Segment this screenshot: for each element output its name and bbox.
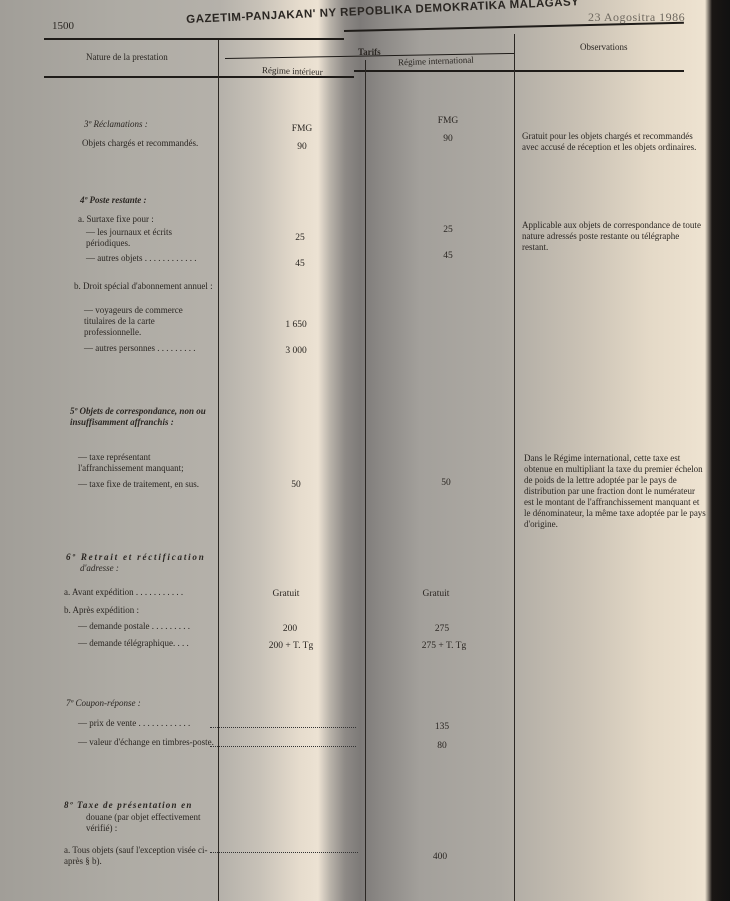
col-divider-3 xyxy=(514,34,515,901)
s6-b2-interieur: 200 + T. Tg xyxy=(256,641,326,651)
s6-b-label: b. Après expédition : xyxy=(64,605,139,616)
header-regime-interieur: Régime intérieur xyxy=(262,65,323,77)
section-3-item: Objets chargés et recommandés. xyxy=(82,138,198,149)
s6-b2: — demande télégraphique. . . . xyxy=(78,638,214,649)
document-page: 1500 GAZETIM-PANJAKAN' NY REPOBLIKA DEMO… xyxy=(0,0,712,901)
s4-b2: — autres personnes . . . . . . . . . xyxy=(84,343,214,354)
s4-a1-interieur: 25 xyxy=(270,233,330,243)
currency-interieur: FMG xyxy=(272,124,332,134)
header-regime-international: Régime international xyxy=(398,55,474,68)
s7-item-2-dotted-leader xyxy=(210,746,356,747)
header-tarifs: Tarifs xyxy=(358,47,381,57)
section-4-title: 4º Poste restante : xyxy=(80,195,146,206)
s4-a-label: a. Surtaxe fixe pour : xyxy=(78,214,154,225)
s4-b-label: b. Droit spécial d'abonnement annuel : xyxy=(74,281,214,292)
s6-a: a. Avant expédition . . . . . . . . . . … xyxy=(64,587,214,598)
section-7-title: 7º Coupon-réponse : xyxy=(66,698,141,709)
s4-a2-interieur: 45 xyxy=(270,259,330,269)
col-divider-2 xyxy=(365,60,366,901)
col-divider-1 xyxy=(218,40,219,901)
section-5-title: 5º Objets de correspondance, non ou insu… xyxy=(70,406,216,428)
s5-item-2: — taxe fixe de traitement, en sus. xyxy=(78,479,214,490)
s7-item-1-dotted-leader xyxy=(210,727,356,728)
s7-item-2-international: 80 xyxy=(412,741,472,751)
section-3-title: 3º Réclamations : xyxy=(84,119,148,130)
publication-title: GAZETIM-PANJAKAN' NY REPOBLIKA DEMOKRATI… xyxy=(186,0,526,26)
section-6-title-line2: d'adresse : xyxy=(80,563,119,574)
s3-international-value: 90 xyxy=(418,134,478,144)
s6-a-international: Gratuit xyxy=(406,589,466,599)
s5-item-2-interieur: 50 xyxy=(266,480,326,490)
s6-a-interieur: Gratuit xyxy=(256,589,316,599)
section-8-title: 8º Taxe de présentation en xyxy=(64,800,193,811)
s3-interieur-value: 90 xyxy=(272,142,332,152)
s4-a1: — les journaux et écrits périodiques. xyxy=(86,227,214,249)
s4-observation: Applicable aux objets de correspondance … xyxy=(522,220,702,253)
s8-a-international: 400 xyxy=(410,852,470,862)
s6-b1-interieur: 200 xyxy=(260,624,320,634)
s7-item-1-international: 135 xyxy=(412,722,472,732)
header-observations: Observations xyxy=(580,42,628,52)
s5-item-2-international: 50 xyxy=(416,478,476,488)
currency-international: FMG xyxy=(418,116,478,126)
section-8-title-line2: douane (par objet effectivement vérifié)… xyxy=(86,812,216,834)
s4-a2-international: 45 xyxy=(418,251,478,261)
s8-a-dotted-leader xyxy=(210,852,358,853)
s5-observation: Dans le Régime international, cette taxe… xyxy=(524,453,706,530)
table-top-rule-right xyxy=(344,22,684,32)
s4-b1: — voyageurs de commerce titulaires de la… xyxy=(84,305,214,338)
s3-observation: Gratuit pour les objets chargés et recom… xyxy=(522,131,702,153)
s6-b1: — demande postale . . . . . . . . . xyxy=(78,621,214,632)
header-nature: Nature de la prestation xyxy=(86,52,168,62)
s7-item-1: — prix de vente . . . . . . . . . . . . xyxy=(78,718,214,729)
section-6-title: 6º Retrait et réctification xyxy=(66,552,206,563)
s6-b1-international: 275 xyxy=(412,624,472,634)
s7-item-2: — valeur d'échange en timbres-poste. xyxy=(78,737,214,748)
header-bottom-rule-right xyxy=(354,70,684,72)
s4-a2: — autres objets . . . . . . . . . . . . xyxy=(86,253,214,264)
page-number: 1500 xyxy=(52,20,74,32)
s4-b1-interieur: 1 650 xyxy=(266,320,326,330)
s5-item-1: — taxe représentant l'affranchissement m… xyxy=(78,452,214,474)
s8-a: a. Tous objets (sauf l'exception visée c… xyxy=(64,845,214,867)
s4-a1-international: 25 xyxy=(418,225,478,235)
s4-b2-interieur: 3 000 xyxy=(266,346,326,356)
table-top-rule xyxy=(44,38,344,40)
s6-b2-international: 275 + T. Tg xyxy=(404,641,484,651)
